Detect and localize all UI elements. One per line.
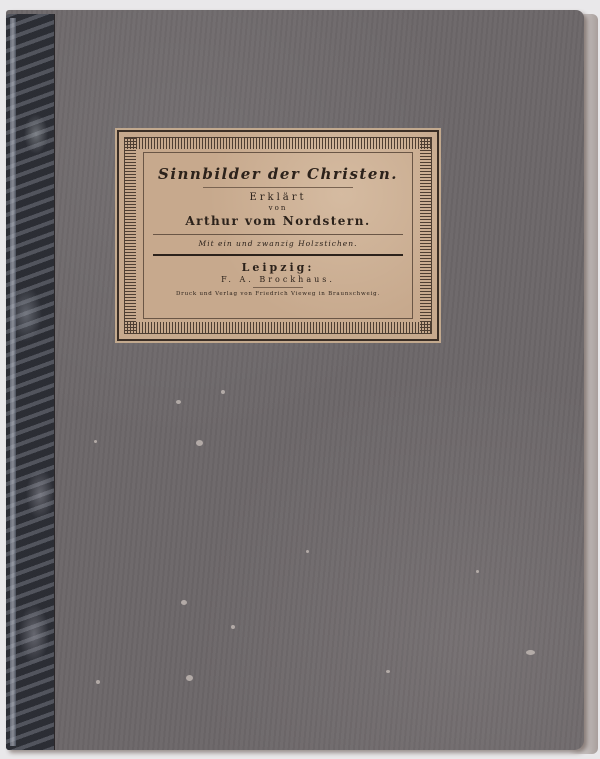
- printer-imprint: Druck und Verlag von Friedrich Vieweg in…: [144, 291, 412, 297]
- wear-spot: [176, 400, 181, 404]
- publisher-name: F. A. Brockhaus.: [144, 275, 412, 284]
- book-title: Sinnbilder der Christen.: [144, 165, 412, 183]
- author-preposition: von: [144, 204, 412, 212]
- wear-spot: [476, 570, 479, 573]
- label-text-panel: Sinnbilder der Christen. Erklärt von Art…: [143, 152, 413, 319]
- illustrations-note: Mit ein und zwanzig Holzstichen.: [144, 239, 412, 248]
- wear-spot: [306, 550, 309, 553]
- wear-spot: [96, 680, 100, 684]
- wear-spot: [186, 675, 193, 681]
- wear-spot: [181, 600, 187, 605]
- wear-spot: [94, 440, 97, 443]
- divider: [253, 287, 303, 288]
- book-author: Arthur vom Nordstern.: [144, 214, 412, 228]
- wear-spot: [386, 670, 390, 673]
- divider-thick: [153, 254, 403, 256]
- title-label: Sinnbilder der Christen. Erklärt von Art…: [117, 130, 439, 341]
- divider: [153, 234, 403, 235]
- wear-spot: [221, 390, 225, 394]
- wear-spot: [196, 440, 203, 446]
- divider: [203, 187, 353, 188]
- wear-spot: [526, 650, 535, 655]
- spine-edge-highlight: [10, 18, 16, 746]
- book-subtitle: Erklärt: [144, 192, 412, 203]
- book-cover: [6, 10, 584, 750]
- wear-spot: [231, 625, 235, 629]
- publication-place: Leipzig:: [144, 261, 412, 274]
